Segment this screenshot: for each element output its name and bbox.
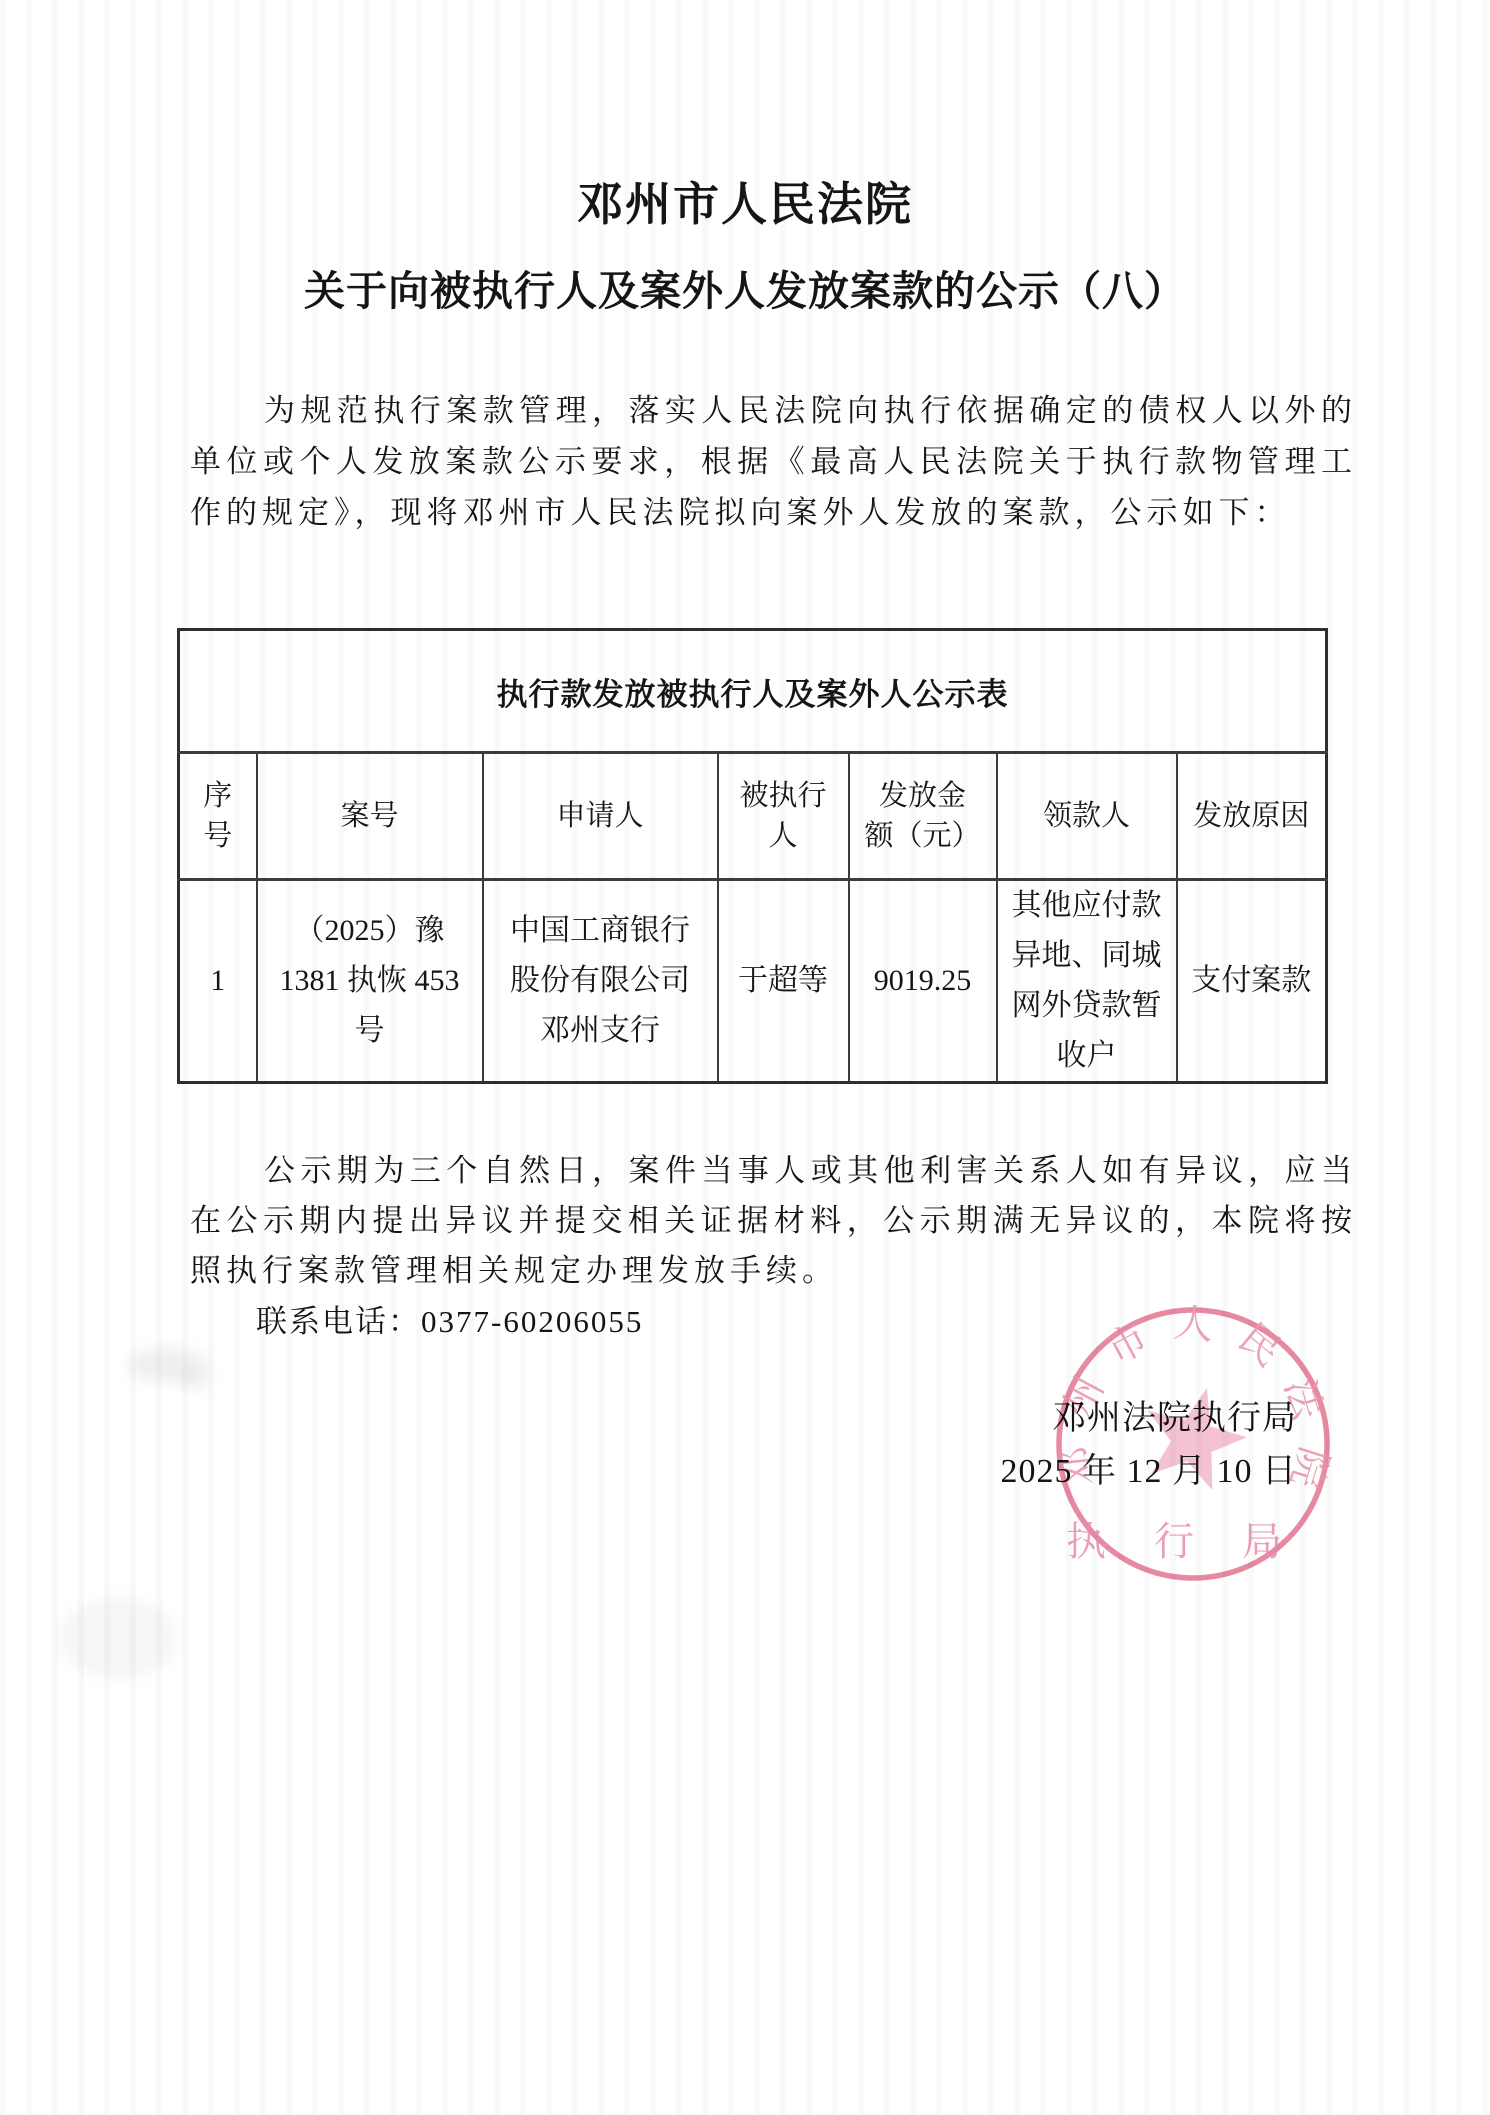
official-seal-stamp: 邓州市人民法院 执行局 xyxy=(1043,1293,1343,1593)
page-title: 邓州市人民法院 xyxy=(140,168,1350,234)
seal-arc-text: 邓州市人民法院 xyxy=(1050,1300,1337,1515)
closing-line: 在公示期内提出异议并提交相关证据材料，公示期满无异议的，本院将按 xyxy=(190,1196,1352,1246)
intro-paragraph: 为规范执行案款管理，落实人民法院向执行依据确定的债权人以外的 单位或个人发放案款… xyxy=(190,385,1352,538)
header-cell-case-no: 案号 xyxy=(257,753,483,880)
cell-amount: 9019.25 xyxy=(849,880,997,1083)
cell-applicant: 中国工商银行 股份有限公司 邓州支行 xyxy=(483,880,718,1083)
page-subtitle: 关于向被执行人及案外人发放案款的公示（八） xyxy=(140,258,1350,317)
cell-reason: 支付案款 xyxy=(1177,880,1327,1083)
document-page: 邓州市人民法院 关于向被执行人及案外人发放案款的公示（八） 为规范执行案款管理，… xyxy=(0,0,1490,2115)
table-title-row: 执行款发放被执行人及案外人公示表 xyxy=(179,630,1327,753)
intro-line: 作的规定》，现将邓州市人民法院拟向案外人发放的案款，公示如下： xyxy=(190,487,1352,538)
closing-line: 照执行案款管理相关规定办理发放手续。 xyxy=(190,1246,1352,1296)
cell-seq: 1 xyxy=(179,880,257,1083)
header-cell-payee: 领款人 xyxy=(997,753,1177,880)
scan-smudge xyxy=(128,1348,208,1382)
table-row: 1 （2025）豫 1381 执恢 453 号 中国工商银行 股份有限公司 邓州… xyxy=(179,880,1327,1083)
seal-star-icon xyxy=(1148,1388,1247,1491)
contact-line: 联系电话：0377-60206055 xyxy=(256,1296,643,1341)
header-cell-reason: 发放原因 xyxy=(1177,753,1327,880)
closing-line: 公示期为三个自然日，案件当事人或其他利害关系人如有异议，应当 xyxy=(190,1146,1352,1196)
intro-line: 单位或个人发放案款公示要求，根据《最高人民法院关于执行款物管理工 xyxy=(190,436,1352,487)
header-cell-executee: 被执行 人 xyxy=(718,753,849,880)
scan-smudge xyxy=(178,1372,212,1388)
cell-payee: 其他应付款 异地、同城 网外贷款暂 收户 xyxy=(997,880,1177,1083)
seal-bottom-text: 执行局 xyxy=(1066,1519,1330,1564)
table-title: 执行款发放被执行人及案外人公示表 xyxy=(179,630,1327,753)
header-cell-amount: 发放金 额（元） xyxy=(849,753,997,880)
closing-paragraph: 公示期为三个自然日，案件当事人或其他利害关系人如有异议，应当 在公示期内提出异议… xyxy=(190,1146,1352,1296)
cell-case-no: （2025）豫 1381 执恢 453 号 xyxy=(257,880,483,1083)
cell-executee: 于超等 xyxy=(718,880,849,1083)
table-header-row: 序 号 案号 申请人 被执行 人 发放金 额（元） 领款人 发放原因 xyxy=(179,753,1327,880)
header-cell-applicant: 申请人 xyxy=(483,753,718,880)
scan-smudge xyxy=(58,1598,178,1678)
intro-line: 为规范执行案款管理，落实人民法院向执行依据确定的债权人以外的 xyxy=(190,385,1352,436)
payout-table: 执行款发放被执行人及案外人公示表 序 号 案号 申请人 被执行 人 发放金 额（… xyxy=(177,628,1328,1084)
header-cell-seq: 序 号 xyxy=(179,753,257,880)
svg-text:邓州市人民法院: 邓州市人民法院 xyxy=(1050,1300,1337,1515)
